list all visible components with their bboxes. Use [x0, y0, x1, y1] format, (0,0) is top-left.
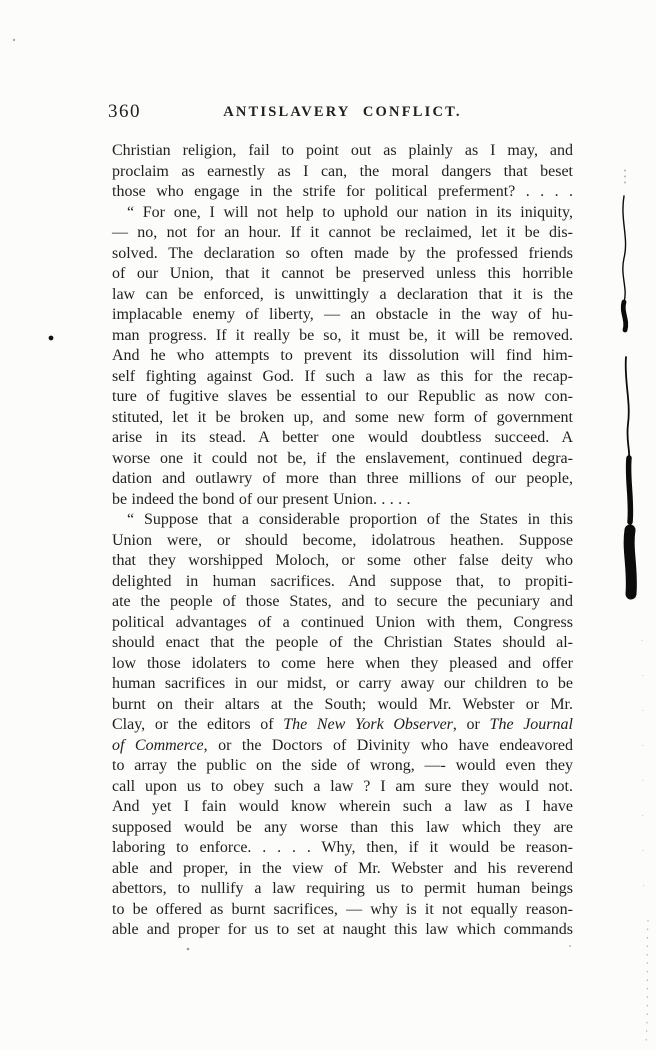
text-segment: , or the Doctors of Divinity who have en…: [204, 737, 573, 754]
text-line: Christian religion, fail to point out as…: [112, 141, 573, 162]
text-segment: human sacrifices in our midst, or carry …: [112, 675, 573, 692]
text-line: arise in its stead. A better one would d…: [112, 428, 573, 449]
text-segment: able and proper for us to set at naught …: [112, 921, 573, 938]
text-line: supposed would be any worse than this la…: [112, 818, 573, 839]
text-line: low those idolaters to come here when th…: [112, 654, 573, 675]
text-line: of Commerce, or the Doctors of Divinity …: [112, 736, 573, 757]
text-segment: proclaim as earnestly as I can, the mora…: [112, 163, 573, 180]
italic-text-segment: The New York Observer: [283, 716, 453, 733]
text-segment: dation and outlawry of more than three m…: [112, 470, 573, 487]
text-line: man progress. If it really be so, it mus…: [112, 326, 573, 347]
text-line: be indeed the bond of our present Union.…: [112, 490, 573, 511]
text-segment: political advantages of a continued Unio…: [112, 614, 573, 631]
text-line: human sacrifices in our midst, or carry …: [112, 674, 573, 695]
text-line: self fighting against God. If such a law…: [112, 367, 573, 388]
text-segment: low those idolaters to come here when th…: [112, 655, 573, 672]
text-line: that they worshipped Moloch, or some oth…: [112, 551, 573, 572]
text-segment: able and proper, in the view of Mr. Webs…: [112, 860, 573, 877]
text-segment: call upon us to obey such a law ? I am s…: [112, 778, 573, 795]
dust-speck: [569, 945, 571, 947]
ink-streak-blob-upper: [623, 302, 626, 330]
text-line: worse one it could not be, if the enslav…: [112, 449, 573, 470]
text-line: ate the people of those States, and to s…: [112, 592, 573, 613]
text-segment: solved. The declaration so often made by…: [112, 245, 573, 262]
text-line: call upon us to obey such a law ? I am s…: [112, 777, 573, 798]
text-segment: those who engage in the strife for polit…: [112, 183, 573, 200]
text-line: able and proper, in the view of Mr. Webs…: [112, 859, 573, 880]
text-segment: self fighting against God. If such a law…: [112, 368, 573, 385]
text-segment: that they worshipped Moloch, or some oth…: [112, 552, 573, 569]
text-segment: “ For one, I will not help to uphold our…: [127, 204, 573, 221]
ink-streak-faint-bottom: [646, 920, 648, 1044]
text-segment: Clay, or the editors of: [112, 716, 283, 733]
text-segment: “ Suppose that a considerable proportion…: [127, 511, 573, 528]
ink-streak-middle: [626, 357, 630, 458]
paragraph: Christian religion, fail to point out as…: [112, 141, 573, 203]
text-segment: And yet I fain would know wherein such a…: [112, 798, 573, 815]
text-line: ture of fugitive slaves be essential to …: [112, 387, 573, 408]
text-segment: — no, not for an hour. If it cannot be r…: [112, 224, 573, 241]
text-line: solved. The declaration so often made by…: [112, 244, 573, 265]
text-line: those who engage in the strife for polit…: [112, 182, 573, 203]
text-line: implacable enemy of liberty, — an obstac…: [112, 305, 573, 326]
text-segment: burnt on their altars at the South; woul…: [112, 696, 573, 713]
text-line: stituted, let it be broken up, and some …: [112, 408, 573, 429]
text-line: — no, not for an hour. If it cannot be r…: [112, 223, 573, 244]
text-segment: Christian religion, fail to point out as…: [112, 142, 573, 159]
text-segment: Union were, or should become, idolatrous…: [112, 532, 573, 549]
page-body: Christian religion, fail to point out as…: [112, 141, 573, 941]
text-line: to array the public on the side of wrong…: [112, 756, 573, 777]
text-segment: , or: [453, 716, 490, 733]
text-segment: of our Union, that it cannot be preserve…: [112, 265, 573, 282]
text-line: And he who attempts to prevent its disso…: [112, 346, 573, 367]
italic-text-segment: The Journal: [490, 716, 573, 733]
text-line: political advantages of a continued Unio…: [112, 613, 573, 634]
edge-speck-trail: [642, 640, 644, 900]
text-line: “ For one, I will not help to uphold our…: [112, 203, 573, 224]
text-segment: stituted, let it be broken up, and some …: [112, 409, 573, 426]
text-segment: laboring to enforce. . . . . Why, then, …: [112, 839, 573, 856]
text-segment: man progress. If it really be so, it mus…: [112, 327, 573, 344]
dust-speck: [187, 948, 190, 951]
text-segment: law can be enforced, is unwittingly a de…: [112, 286, 573, 303]
text-line: law can be enforced, is unwittingly a de…: [112, 285, 573, 306]
text-segment: be indeed the bond of our present Union.…: [112, 491, 411, 508]
paragraph: “ Suppose that a considerable proportion…: [112, 510, 573, 941]
text-line: And yet I fain would know wherein such a…: [112, 797, 573, 818]
text-line: “ Suppose that a considerable proportion…: [112, 510, 573, 531]
page-number: 360: [108, 101, 141, 123]
text-segment: to be offered as burnt sacrifices, — why…: [112, 901, 573, 918]
italic-text-segment: of Commerce: [112, 737, 204, 754]
text-segment: implacable enemy of liberty, — an obstac…: [112, 306, 573, 323]
text-line: Union were, or should become, idolatrous…: [112, 531, 573, 552]
text-line: proclaim as earnestly as I can, the mora…: [112, 162, 573, 183]
text-line: should enact that the people of the Chri…: [112, 633, 573, 654]
running-head: ANTISLAVERY CONFLICT.: [112, 100, 573, 121]
ink-streak-blob-lower: [629, 530, 631, 594]
text-segment: arise in its stead. A better one would d…: [112, 429, 573, 446]
page-header: 360 ANTISLAVERY CONFLICT.: [112, 100, 573, 126]
text-line: able and proper for us to set at naught …: [112, 920, 573, 941]
text-line: dation and outlawry of more than three m…: [112, 469, 573, 490]
text-line: to be offered as burnt sacrifices, — why…: [112, 900, 573, 921]
text-segment: And he who attempts to prevent its disso…: [112, 347, 573, 364]
text-line: burnt on their altars at the South; woul…: [112, 695, 573, 716]
text-line: abettors, to nullify a law requiring us …: [112, 879, 573, 900]
paragraph: “ For one, I will not help to uphold our…: [112, 203, 573, 511]
text-segment: ate the people of those States, and to s…: [112, 593, 573, 610]
text-segment: to array the public on the side of wrong…: [112, 757, 573, 774]
ink-speck: [49, 336, 54, 341]
text-segment: worse one it could not be, if the enslav…: [112, 450, 573, 467]
text-segment: supposed would be any worse than this la…: [112, 819, 573, 836]
ink-streak-thickening: [629, 458, 631, 522]
text-line: laboring to enforce. . . . . Why, then, …: [112, 838, 573, 859]
text-line: delighted in human sacrifices. And suppo…: [112, 572, 573, 593]
text-line: Clay, or the editors of The New York Obs…: [112, 715, 573, 736]
text-line: of our Union, that it cannot be preserve…: [112, 264, 573, 285]
text-segment: should enact that the people of the Chri…: [112, 634, 573, 651]
text-segment: abettors, to nullify a law requiring us …: [112, 880, 573, 897]
dust-speck: [13, 39, 15, 41]
text-segment: ture of fugitive slaves be essential to …: [112, 388, 573, 405]
ink-streak-thin: [623, 196, 626, 302]
text-segment: delighted in human sacrifices. And suppo…: [112, 573, 573, 590]
